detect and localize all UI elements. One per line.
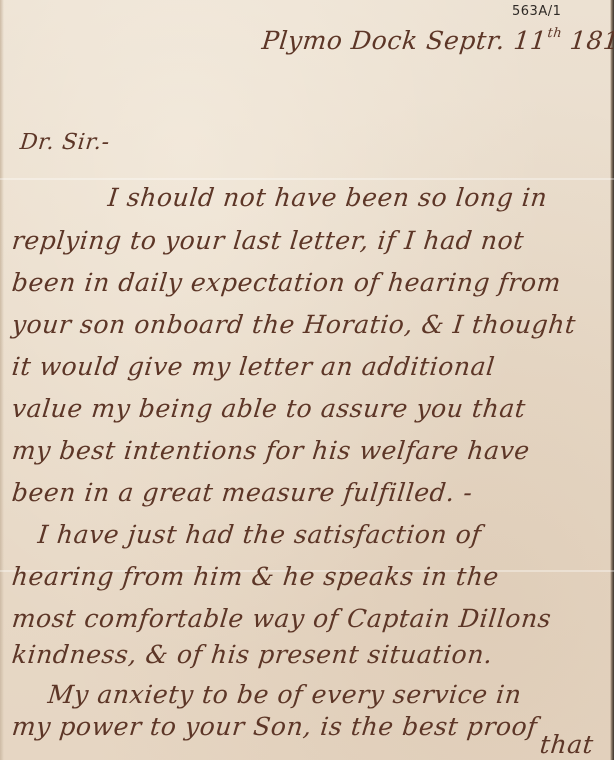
letter-line: been in a great measure fulfilled. - [10, 478, 474, 507]
letter-line: it would give my letter an additional [10, 352, 496, 381]
paper-fold-line [0, 178, 614, 180]
dateline-day: 11 [512, 26, 548, 55]
letter-line: kindness, & of his present situation. [10, 640, 494, 669]
dateline-day-suffix: th [547, 26, 563, 41]
letter-line: your son onboard the Horatio, & I though… [10, 310, 577, 339]
letter-line: been in daily expectation of hearing fro… [10, 268, 562, 297]
archive-reference: 563A/1 [512, 4, 561, 19]
letter-line: My anxiety to be of every service in [46, 680, 523, 709]
dateline-place: Plymo Dock [260, 26, 419, 55]
dateline: Plymo Dock Septr. 11th 1814. [260, 26, 614, 55]
dateline-year: 1814. [569, 26, 614, 55]
catchword: that [538, 730, 595, 759]
letter-line: replying to your last letter, if I had n… [10, 226, 525, 255]
letter-line: I have just had the satisfaction of [36, 520, 482, 549]
letter-page: 563A/1 Plymo Dock Septr. 11th 1814. Dr. … [0, 0, 614, 760]
letter-line: my best intentions for his welfare have [10, 436, 531, 465]
paper-right-edge [610, 0, 614, 760]
letter-line: hearing from him & he speaks in the [10, 562, 500, 591]
letter-line: I should not have been so long in [106, 183, 548, 212]
salutation: Dr. Sir.- [19, 130, 111, 155]
letter-line: my power to your Son, is the best proof [10, 712, 538, 741]
dateline-month: Septr. [425, 26, 507, 55]
letter-line: most comfortable way of Captain Dillons [10, 604, 552, 633]
paper-left-edge [0, 0, 4, 760]
letter-line: value my being able to assure you that [10, 394, 527, 423]
